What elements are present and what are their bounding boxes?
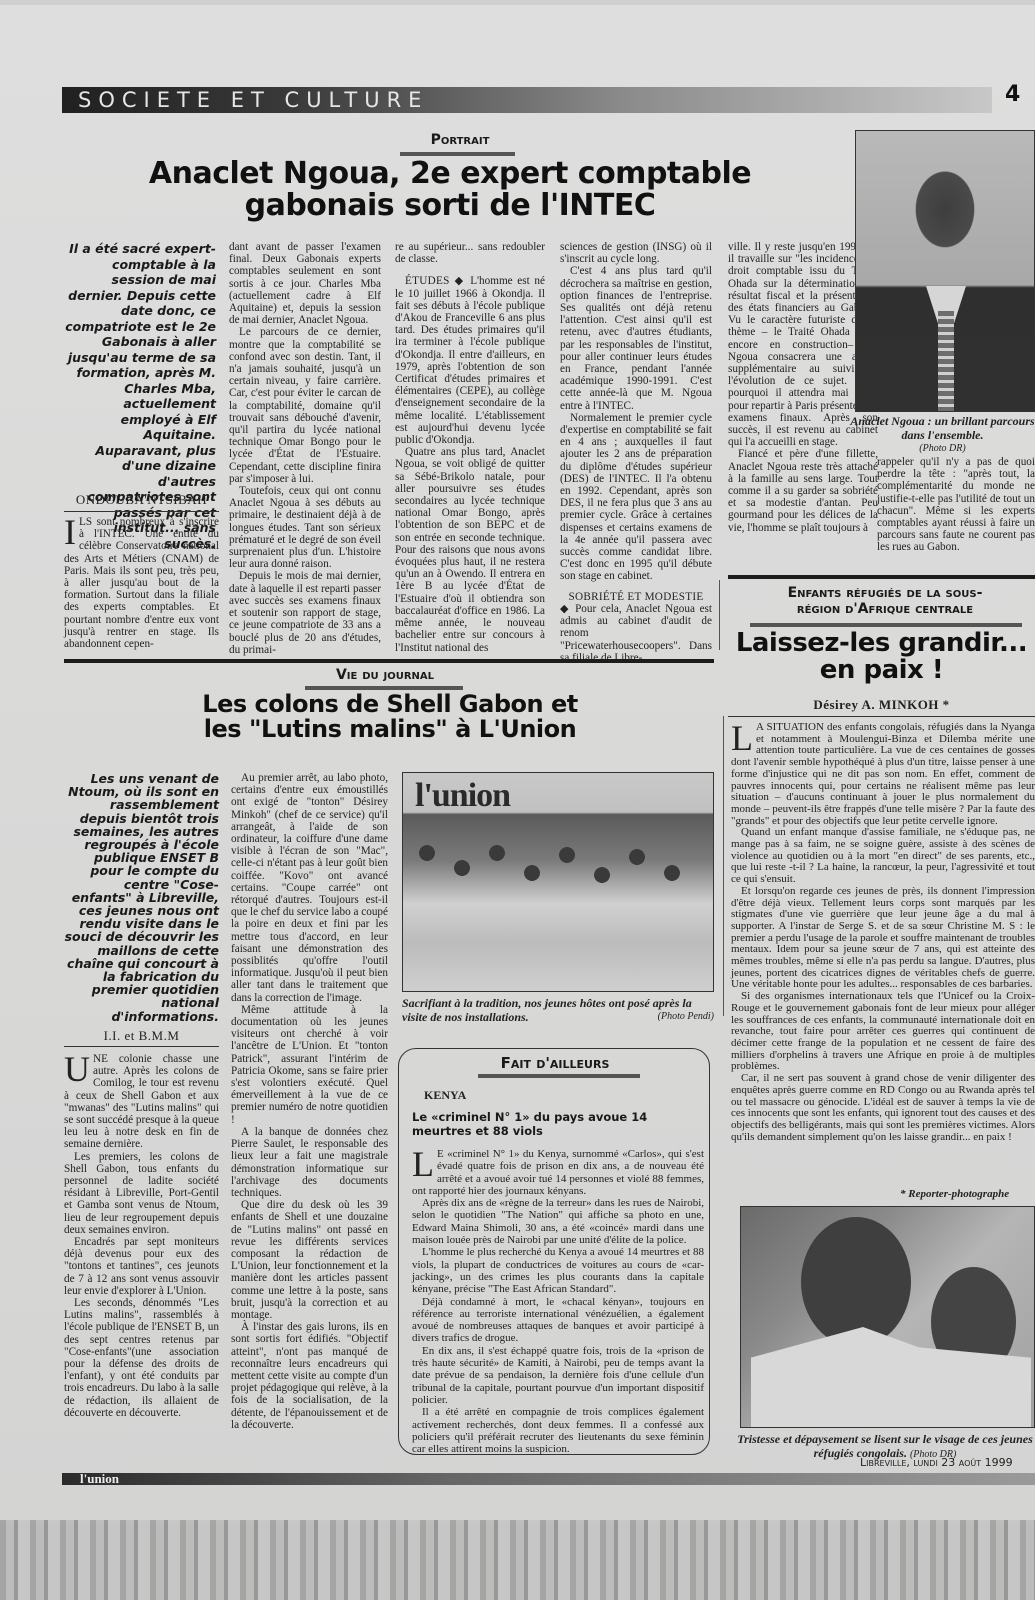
refugies-signature: * Reporter-photographe: [900, 1188, 1009, 1200]
portrait-headline-line1: Anaclet Ngoua, 2e expert comptable: [110, 158, 790, 190]
portrait-col6: rappeler qu'il n'y a pas de quoi perdre …: [877, 456, 1035, 554]
journal-col1: UNE colonie chasse une autre. Après les …: [64, 1053, 219, 1419]
portrait-col3: re au supérieur... sans redoubler de cla…: [395, 241, 545, 654]
portrait-byline: ONDOUBA'NTSIBAH: [64, 492, 219, 508]
fait-ailleurs-body: LE «criminel N° 1» du Kenya, surnommé «C…: [412, 1148, 704, 1455]
paragraph: A SITUATION des enfants congolais, réfug…: [731, 721, 1035, 827]
paragraph: Que dire du desk où les 39 enfants de Sh…: [231, 1199, 388, 1321]
paragraph: Déjà condamné à mort, le «chacal kényan»…: [412, 1296, 704, 1345]
paragraph: ◆ Pour cela, Anaclet Ngoua est admis au …: [560, 603, 712, 664]
paragraph: Quatre ans plus tard, Anaclet Ngoua, se …: [395, 446, 545, 653]
journal-headline-line2: les "Lutins malins" à L'Union: [180, 717, 600, 742]
portrait-headline-line2: gabonais sorti de l'INTEC: [110, 190, 790, 222]
paragraph: Si des organismes internationaux tels qu…: [731, 991, 1035, 1073]
refugies-kicker: Enfants réfugiés de la sous- région d'Af…: [735, 585, 1035, 617]
paragraph: Encadrés par sept moniteurs déjà devenus…: [64, 1236, 219, 1297]
paragraph: C'est 4 ans plus tard qu'il décrochera s…: [560, 265, 712, 411]
journal-col2: Au premier arrêt, au labo photo, certain…: [231, 772, 388, 1431]
section-title: SOCIETE ET CULTURE: [78, 87, 428, 113]
paragraph: rappeler qu'il n'y a pas de quoi perdre …: [877, 456, 1035, 554]
portrait-photo-caption: Anaclet Ngoua : un brillant parcours dan…: [850, 414, 1035, 456]
paragraph: En dix ans, il s'est échappé quatre fois…: [412, 1345, 704, 1406]
paragraph: Après dix ans de «règne de la terreur» d…: [412, 1197, 704, 1246]
paragraph: L'homme est né le 10 juillet 1966 à Okon…: [395, 275, 545, 446]
subhead-sobriete: SOBRIÉTÉ ET MODESTIE: [568, 591, 703, 603]
fait-ailleurs-headline: Le «criminel N° 1» du pays avoue 14 meur…: [412, 1110, 702, 1138]
child-face-left: [801, 1217, 911, 1347]
journal-kicker: Vie du journal: [300, 667, 470, 683]
paragraph: Les seconds, dénommés "Les Lutins malins…: [64, 1297, 219, 1419]
column-divider: [719, 580, 720, 650]
caption-text: Anaclet Ngoua : un brillant parcours dan…: [850, 414, 1035, 442]
necktie: [938, 311, 954, 412]
paragraph: E «criminel N° 1» du Kenya, surnommé «Ca…: [412, 1148, 704, 1197]
group-photo: l'union: [402, 772, 714, 992]
refugies-byline: Désirey A. MINKOH *: [728, 697, 1035, 713]
refugies-byline-rule: [728, 716, 1035, 717]
section-divider: [64, 659, 714, 663]
portrait-col1: ILS sont nombreux à s'inscrire à l'INTEC…: [64, 516, 219, 650]
paragraph: Et lorsqu'on regarde ces jeunes de près,…: [731, 886, 1035, 991]
portrait-byline-rule: [64, 511, 219, 512]
journal-byline: I.I. et B.M.M: [64, 1028, 219, 1044]
paragraph: re au supérieur... sans redoubler de cla…: [395, 241, 545, 265]
paragraph: Le parcours de ce dernier, montre que la…: [229, 326, 381, 485]
footer-logo: l'union: [80, 1471, 119, 1487]
paragraph: Il a été arrêté en compagnie de trois co…: [412, 1406, 704, 1455]
paragraph: Les premiers, les colons de Shell Gabon,…: [64, 1151, 219, 1236]
journal-chapo: Les uns venant de Ntoum, où ils sont en …: [64, 772, 219, 1023]
journal-byline-rule: [64, 1046, 219, 1047]
paragraph: Normalement le premier cycle d'expertise…: [560, 412, 712, 583]
caption-text: Sacrifiant à la tradition, nos jeunes hô…: [402, 996, 692, 1024]
photo-sign-text: l'union: [415, 777, 510, 815]
photo-credit: (Photo DR): [850, 442, 1035, 456]
portrait-kicker: Portrait: [395, 132, 525, 148]
dropcap: L: [412, 1149, 434, 1179]
page-number: 4: [1005, 82, 1020, 107]
paragraph: Depuis le mois de mai dernier, date à la…: [229, 570, 381, 655]
portrait-col2: dant avant de passer l'examen final. Deu…: [229, 241, 381, 656]
paragraph: Toutefois, ceux qui ont connu Anaclet Ng…: [229, 485, 381, 570]
refugies-body: LA SITUATION des enfants congolais, réfu…: [731, 722, 1035, 1143]
footer-dateline: Libreville, lundi 23 août 1999: [860, 1456, 1013, 1469]
refugies-headline-line2: en paix !: [728, 657, 1035, 684]
refugies-headline: Laissez-les grandir... en paix !: [728, 630, 1035, 685]
group-photo-caption: Sacrifiant à la tradition, nos jeunes hô…: [402, 996, 714, 1024]
paragraph: sciences de gestion (INSG) où il s'inscr…: [560, 241, 712, 265]
paragraph: dant avant de passer l'examen final. Deu…: [229, 241, 381, 326]
column-divider: [723, 716, 724, 1016]
subhead-etudes: ÉTUDES ◆: [405, 275, 466, 287]
footer-band: [62, 1473, 1035, 1485]
paragraph: LS sont nombreux à s'inscrire à l'INTEC.…: [64, 516, 219, 650]
journal-headline-line1: Les colons de Shell Gabon et: [180, 692, 600, 717]
scan-background: [0, 1520, 1035, 1600]
fait-ailleurs-kicker: Fait d'ailleurs: [470, 1054, 640, 1072]
photo-credit: (Photo Pendi): [658, 1010, 714, 1024]
kicker-line2: région d'Afrique centrale: [735, 601, 1035, 617]
refugies-kicker-bar: [750, 623, 1022, 627]
portrait-col4: sciences de gestion (INSG) où il s'inscr…: [560, 241, 712, 664]
portrait-photo: [855, 130, 1035, 412]
paragraph: Au premier arrêt, au labo photo, certain…: [231, 772, 388, 1004]
journal-headline: Les colons de Shell Gabon et les "Lutins…: [180, 692, 600, 742]
section-divider: [728, 575, 1035, 579]
paragraph: L'homme le plus recherché du Kenya a avo…: [412, 1246, 704, 1295]
children-group: [407, 833, 707, 953]
paragraph: Quand un enfant manque d'assise familial…: [731, 827, 1035, 886]
fait-ailleurs-country: KENYA: [424, 1088, 466, 1103]
paragraph: Fiancé et père d'une fillette, Anaclet N…: [728, 448, 878, 533]
refugee-children-photo: [740, 1206, 1035, 1428]
paragraph: À l'instar des gais lurons, ils en sont …: [231, 1321, 388, 1431]
refugies-headline-line1: Laissez-les grandir...: [728, 630, 1035, 657]
paragraph: Même attitude à la documentation où les …: [231, 1004, 388, 1126]
dropcap: L: [731, 723, 753, 753]
paragraph: Car, il ne sert pas souvent à grand chos…: [731, 1073, 1035, 1143]
paragraph: A la banque de données chez Pierre Saule…: [231, 1126, 388, 1199]
fait-ailleurs-kicker-bar: [478, 1074, 640, 1078]
portrait-headline: Anaclet Ngoua, 2e expert comptable gabon…: [110, 158, 790, 221]
dropcap: I: [64, 517, 76, 547]
dropcap: U: [64, 1054, 90, 1084]
kicker-line1: Enfants réfugiés de la sous-: [735, 585, 1035, 601]
